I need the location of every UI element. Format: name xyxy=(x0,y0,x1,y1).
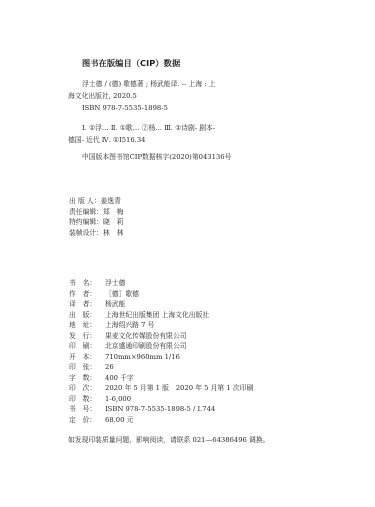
colophon-row-format: 开 本：710mm×960mm 1/16 xyxy=(69,352,180,362)
colophon-label: 印 张： xyxy=(69,362,105,372)
colophon-row-edition: 印 次：2020 年 5 月第 1 版 2020 年 5 月第 1 次印刷 xyxy=(69,383,253,393)
staff-label: 特约编辑： xyxy=(69,218,103,226)
colophon-row-publisher: 出 版：上海世纪出版集团 上海文化出版社 xyxy=(69,310,209,320)
colophon-label: 地 址： xyxy=(69,320,105,330)
colophon-label: 字 数： xyxy=(69,373,105,383)
cip-isbn: ISBN 978-7-5535-1898-5 xyxy=(82,103,168,113)
colophon-label: 印 次： xyxy=(69,383,105,393)
colophon-label: 发 行： xyxy=(69,331,105,341)
staff-label: 出 版 人： xyxy=(69,197,101,205)
colophon-value: ISBN 978-7-5535-1898-5 / I.744 xyxy=(105,405,215,413)
colophon-label: 书 号： xyxy=(69,404,105,414)
staff-row-special-editor: 特约编辑：晓 莉 xyxy=(69,217,123,227)
cip-entry-line-2: 海文化出版社, 2020.5 xyxy=(68,91,137,101)
staff-row-publisher: 出 版 人：姜逸青 xyxy=(69,196,121,206)
colophon-label: 出 版： xyxy=(69,310,105,320)
colophon-value: 2020 年 5 月第 1 版 2020 年 5 月第 1 次印刷 xyxy=(105,384,253,392)
colophon-value: 果麦文化传媒股份有限公司 xyxy=(105,332,187,340)
staff-row-designer: 装帧设计：林 林 xyxy=(69,228,123,238)
colophon-row-translator: 译 者：杨武能 xyxy=(69,299,125,309)
colophon-label: 开 本： xyxy=(69,352,105,362)
colophon-row-word-count: 字 数：400 千字 xyxy=(69,373,134,383)
cip-classification-line-2: 德国- 近代 Ⅳ. ①I516.34 xyxy=(68,135,145,145)
cip-number: 中国版本图书馆CIP数据核字(2020)第043136号 xyxy=(82,152,231,162)
staff-value: 晓 莉 xyxy=(103,218,123,226)
staff-row-editor: 责任编辑：郑 梅 xyxy=(69,207,123,217)
colophon-value: 400 千字 xyxy=(105,374,134,382)
colophon-row-author: 作 者：［德］歌德 xyxy=(69,289,139,299)
cip-title: 图书在版编目（CIP）数据 xyxy=(82,58,180,69)
colophon-row-printer: 印 刷：北京盛通印刷股份有限公司 xyxy=(69,341,187,351)
staff-value: 姜逸青 xyxy=(101,197,121,205)
quality-notice: 如发现印装质量问题，影响阅读，请联系 021—64386496 调换。 xyxy=(68,434,269,444)
colophon-row-address: 地 址：上海绍兴路 7 号 xyxy=(69,320,154,330)
colophon-row-distributor: 发 行：果麦文化传媒股份有限公司 xyxy=(69,331,187,341)
staff-value: 郑 梅 xyxy=(103,208,123,216)
cip-classification-line-1: Ⅰ. ①浮… Ⅱ. ①歌… ②杨… Ⅲ. ①诗剧- 剧本- xyxy=(82,123,215,133)
copyright-page: 图书在版编目（CIP）数据 浮士德 / (德) 歌德著 ; 杨武能译. -- 上… xyxy=(0,0,375,507)
colophon-row-price: 定 价：68.00 元 xyxy=(69,415,133,425)
cip-entry-line-1: 浮士德 / (德) 歌德著 ; 杨武能译. -- 上海 : 上 xyxy=(82,79,216,89)
colophon-label: 印 数： xyxy=(69,394,105,404)
colophon-value: 上海绍兴路 7 号 xyxy=(105,321,154,329)
colophon-value: 浮士德 xyxy=(105,279,125,287)
colophon-value: 68.00 元 xyxy=(105,416,133,424)
colophon-label: 定 价： xyxy=(69,415,105,425)
colophon-label: 译 者： xyxy=(69,299,105,309)
colophon-value: 杨武能 xyxy=(105,300,125,308)
staff-label: 装帧设计： xyxy=(69,229,103,237)
staff-label: 责任编辑： xyxy=(69,208,103,216)
colophon-label: 作 者： xyxy=(69,289,105,299)
colophon-row-sheets: 印 张：26 xyxy=(69,362,114,372)
colophon-value: 1-6,000 xyxy=(105,395,131,403)
colophon-row-title: 书 名：浮士德 xyxy=(69,278,125,288)
colophon-row-isbn: 书 号：ISBN 978-7-5535-1898-5 / I.744 xyxy=(69,404,215,414)
colophon-row-print-run: 印 数：1-6,000 xyxy=(69,394,131,404)
colophon-value: ［德］歌德 xyxy=(105,290,139,298)
colophon-label: 印 刷： xyxy=(69,341,105,351)
staff-value: 林 林 xyxy=(103,229,123,237)
colophon-label: 书 名： xyxy=(69,278,105,288)
colophon-value: 26 xyxy=(105,363,114,371)
colophon-value: 710mm×960mm 1/16 xyxy=(105,353,180,361)
colophon-value: 北京盛通印刷股份有限公司 xyxy=(105,342,187,350)
colophon-value: 上海世纪出版集团 上海文化出版社 xyxy=(105,311,209,319)
